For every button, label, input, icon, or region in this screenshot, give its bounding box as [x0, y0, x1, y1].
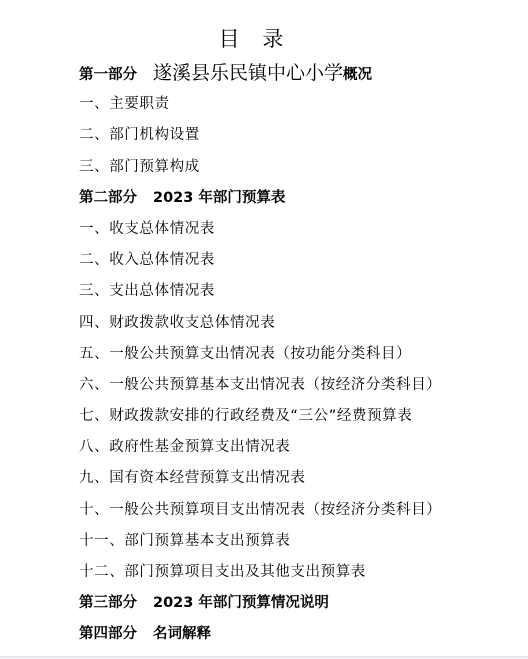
toc-item[interactable]: 二、部门机构设置: [79, 120, 441, 151]
toc-item[interactable]: 十二、部门预算项目支出及其他支出预算表: [79, 557, 441, 588]
toc-item-text: 七、财政拨款安排的行政经费及“三公”经费预算表: [79, 408, 412, 424]
toc-item[interactable]: 六、一般公共预算基本支出情况表（按经济分类科目）: [79, 370, 441, 401]
toc-item-text: 九、国有资本经营预算支出情况表: [79, 470, 306, 486]
toc-part-3[interactable]: 第三部分2023 年部门预算情况说明: [79, 588, 441, 619]
toc-item-text: 十一、部门预算基本支出预算表: [79, 533, 290, 549]
toc-item-text: 二、部门机构设置: [79, 127, 200, 143]
toc-item-text: 一、主要职责: [79, 96, 170, 112]
toc-part-2[interactable]: 第二部分2023 年部门预算表: [79, 183, 441, 214]
toc-title: 目 录: [0, 25, 510, 53]
toc-item-text: 三、部门预算构成: [79, 159, 200, 175]
toc-item-text: 六、一般公共预算基本支出情况表（按经济分类科目）: [79, 377, 441, 393]
toc-item[interactable]: 五、一般公共预算支出情况表（按功能分类科目）: [79, 339, 441, 370]
toc-item[interactable]: 四、财政拨款收支总体情况表: [79, 308, 441, 339]
part-heading-main: 遂溪县乐民镇中心小学: [153, 62, 343, 84]
toc-item[interactable]: 一、主要职责: [79, 89, 441, 120]
toc-item[interactable]: 九、国有资本经营预算支出情况表: [79, 463, 441, 494]
toc-item[interactable]: 七、财政拨款安排的行政经费及“三公”经费预算表: [79, 401, 441, 432]
toc-item-text: 十二、部门预算项目支出及其他支出预算表: [79, 564, 366, 580]
part-heading-tail: 2023 年部门预算表: [153, 190, 285, 206]
toc-item[interactable]: 十、一般公共预算项目支出情况表（按经济分类科目）: [79, 495, 441, 526]
toc-item-text: 八、政府性基金预算支出情况表: [79, 439, 290, 455]
toc-part-1[interactable]: 第一部分遂溪县乐民镇中心小学概况: [79, 58, 441, 89]
toc-item-text: 一、收支总体情况表: [79, 221, 215, 237]
toc-item[interactable]: 三、支出总体情况表: [79, 276, 441, 307]
toc-item[interactable]: 一、收支总体情况表: [79, 214, 441, 245]
toc-item-text: 十、一般公共预算项目支出情况表（按经济分类科目）: [79, 502, 441, 518]
part-label: 第三部分: [79, 588, 137, 619]
toc-item[interactable]: 十一、部门预算基本支出预算表: [79, 526, 441, 557]
document-page: 目 录 第一部分遂溪县乐民镇中心小学概况 一、主要职责 二、部门机构设置 三、部…: [0, 0, 528, 656]
part-label: 第二部分: [79, 183, 137, 214]
toc-item-text: 五、一般公共预算支出情况表（按功能分类科目）: [79, 346, 411, 362]
toc-part-4[interactable]: 第四部分名词解释: [79, 619, 441, 650]
part-heading-tail: 概况: [343, 67, 372, 83]
part-heading-tail: 名词解释: [153, 626, 211, 642]
part-label: 第一部分: [79, 60, 137, 91]
toc-item-text: 二、收入总体情况表: [79, 252, 215, 268]
toc-item-text: 三、支出总体情况表: [79, 283, 215, 299]
toc-item[interactable]: 八、政府性基金预算支出情况表: [79, 432, 441, 463]
toc-item[interactable]: 三、部门预算构成: [79, 152, 441, 183]
part-heading-tail: 2023 年部门预算情况说明: [153, 595, 329, 611]
toc-list: 第一部分遂溪县乐民镇中心小学概况 一、主要职责 二、部门机构设置 三、部门预算构…: [79, 58, 441, 651]
part-label: 第四部分: [79, 619, 137, 650]
toc-item[interactable]: 二、收入总体情况表: [79, 245, 441, 276]
toc-item-text: 四、财政拨款收支总体情况表: [79, 315, 275, 331]
